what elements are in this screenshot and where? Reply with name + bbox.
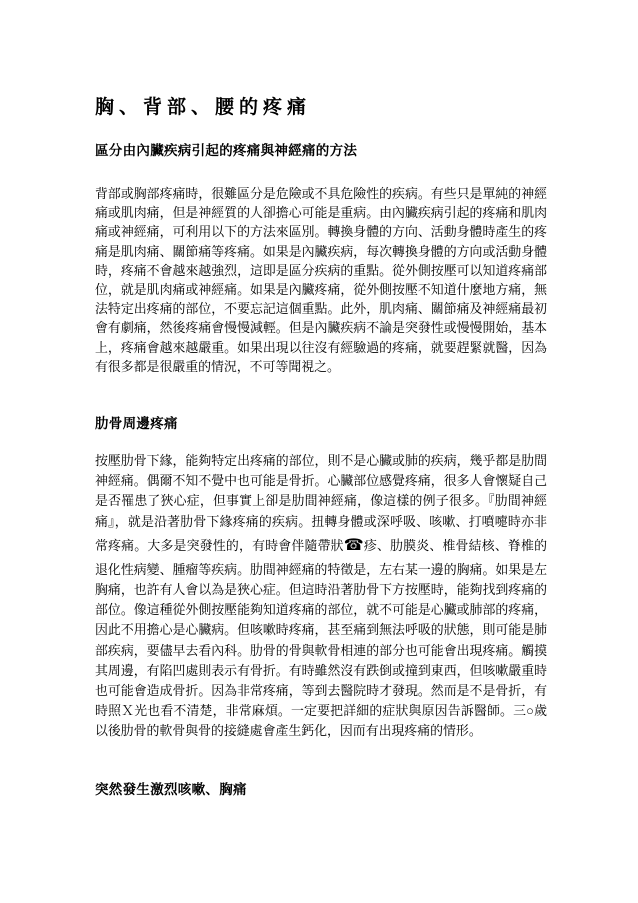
phone-glyph: ☎ (344, 537, 364, 554)
section-heading-sudden-cough: 突然發生激烈咳嗽、胸痛 (95, 778, 247, 798)
document-page: 胸、背部、腰的疼痛 區分由內臟疾病引起的疼痛與神經痛的方法 背部或胸部疼痛時，很… (0, 0, 638, 903)
document-title: 胸、背部、腰的疼痛 (95, 92, 311, 119)
section-paragraph-distinguish-method: 背部或胸部疼痛時，很難區分是危險或不具危險性的疾病。有些只是單純的神經痛或肌肉痛… (95, 184, 547, 376)
section-heading-distinguish-method: 區分由內臟疾病引起的疼痛與神經痛的方法 (95, 139, 357, 159)
section-paragraph-rib-pain: 按壓肋骨下緣，能夠特定出疼痛的部位，則不是心臟或肺的疾病，幾乎都是肋間神經痛。偶… (95, 451, 547, 742)
section-heading-rib-pain: 肋骨周邊疼痛 (95, 412, 178, 432)
